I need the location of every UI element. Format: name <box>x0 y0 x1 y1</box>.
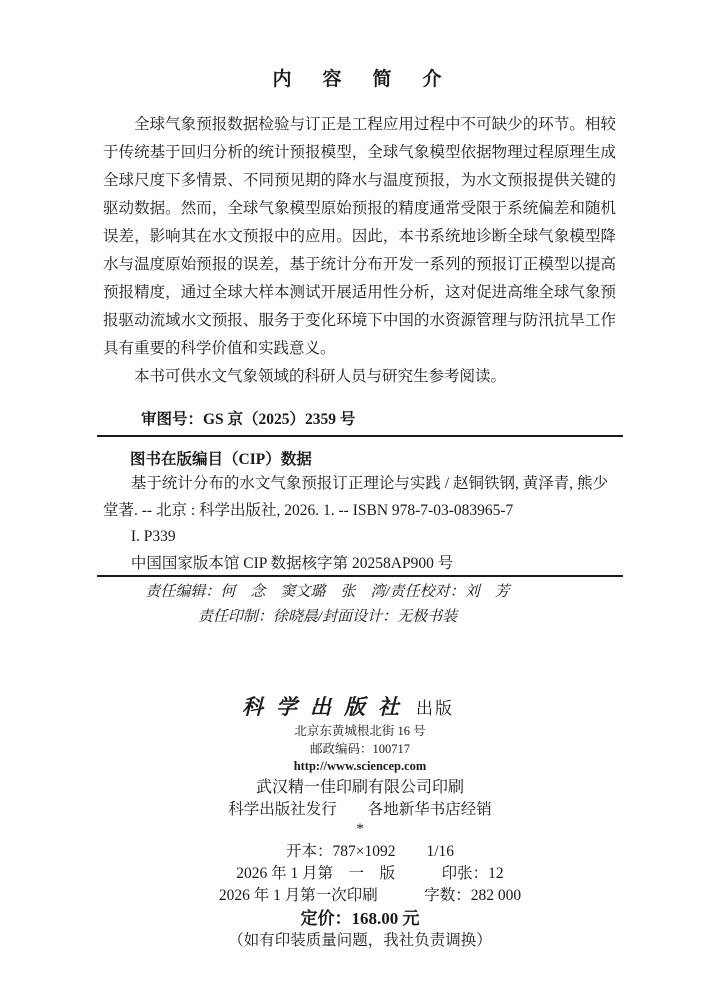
intro-block: 全球气象预报数据检验与订正是工程应用过程中不可缺少的环节。相较于传统基于回归分析… <box>103 111 616 391</box>
publisher-logo-suffix: 出版 <box>416 699 454 718</box>
publisher-website: http://www.sciencep.com <box>0 758 720 775</box>
separator-asterisk: * <box>0 820 720 839</box>
divider-rule-top <box>97 435 623 437</box>
printer-name: 武汉精一佳印刷有限公司印刷 <box>0 777 720 799</box>
publisher-imprint-block: 科学出版社 出版 北京东黄城根北街 16 号 邮政编码：100717 http:… <box>0 692 720 952</box>
cip-line-classification: I. P339 <box>103 524 623 551</box>
quality-notice: （如有印装质量问题，我社负责调换） <box>0 930 720 952</box>
cip-line-title-authors: 基于统计分布的水文气象预报订正理论与实践 / 赵铜铁钢, 黄泽青, 熊少 <box>103 471 623 498</box>
publisher-postcode: 邮政编码：100717 <box>0 741 720 759</box>
cip-line-publisher-isbn: 堂著. -- 北京 : 科学出版社, 2026. 1. -- ISBN 978-… <box>103 498 623 525</box>
section-title: 内 容 简 介 <box>0 64 720 91</box>
copyright-page: 内 容 简 介 全球气象预报数据检验与订正是工程应用过程中不可缺少的环节。相较于… <box>0 0 720 1000</box>
print-edition-line: 2026 年 1 月第 一 版 印张：12 <box>10 863 720 885</box>
publisher-logo-line: 科学出版社 出版 <box>0 692 708 723</box>
intro-paragraph-1: 全球气象预报数据检验与订正是工程应用过程中不可缺少的环节。相较于传统基于回归分析… <box>103 111 616 363</box>
publisher-logo: 科学出版社 <box>242 695 412 719</box>
credits-editors-line: 责任编辑：何 念 窦文璐 张 湾/责任校对：刘 芳 <box>100 580 555 605</box>
print-impression-line: 2026 年 1 月第一次印刷 字数：282 000 <box>10 885 720 907</box>
intro-paragraph-2: 本书可供水文气象领域的科研人员与研究生参考阅读。 <box>103 363 616 391</box>
cip-line-record-number: 中国国家版本馆 CIP 数据核字第 20258AP900 号 <box>103 551 623 578</box>
print-format-line: 开本：787×1092 1/16 <box>10 841 720 863</box>
price-line: 定价：168.00 元 <box>0 907 720 930</box>
divider-rule-bottom <box>97 575 623 577</box>
map-approval-number: 审图号：GS 京（2025）2359 号 <box>141 407 355 429</box>
cip-record: 基于统计分布的水文气象预报订正理论与实践 / 赵铜铁钢, 黄泽青, 熊少 堂著.… <box>103 471 623 577</box>
responsibility-credits: 责任编辑：何 念 窦文璐 张 湾/责任校对：刘 芳 责任印制：徐晓晨/封面设计：… <box>100 580 555 630</box>
cip-header: 图书在版编目（CIP）数据 <box>130 447 312 469</box>
distribution-line: 科学出版社发行 各地新华书店经销 <box>0 799 720 820</box>
publisher-address: 北京东黄城根北街 16 号 <box>0 723 720 741</box>
credits-production-line: 责任印制：徐晓晨/封面设计：无极书装 <box>100 605 555 630</box>
